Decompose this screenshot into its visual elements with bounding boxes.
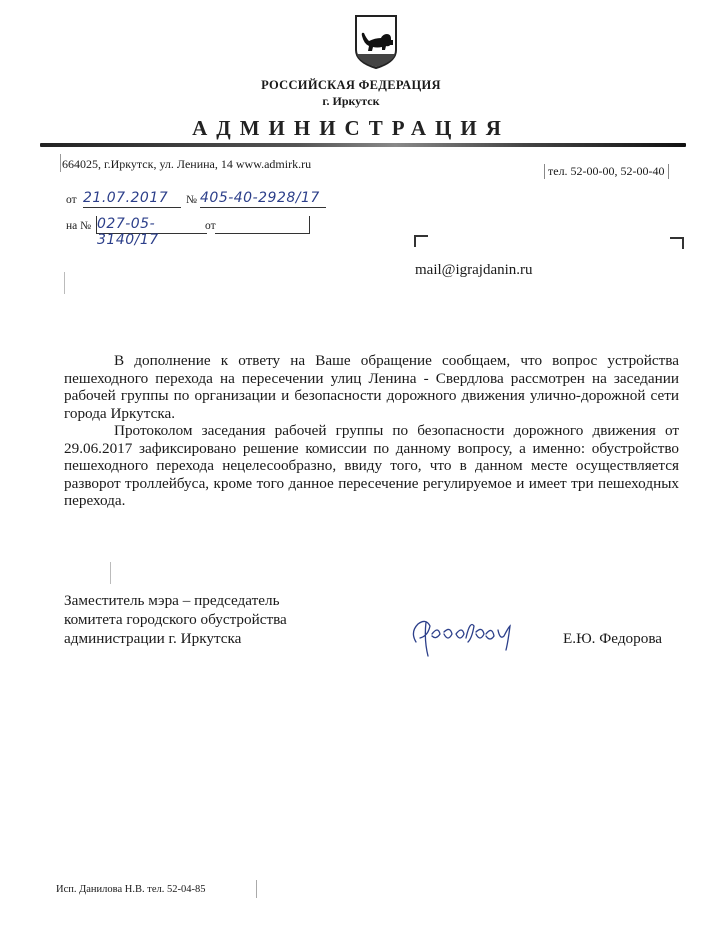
country-name: РОССИЙСКАЯ ФЕДЕРАЦИЯ xyxy=(0,78,702,93)
reply-number-field: 027-05-3140/17 xyxy=(96,216,207,234)
signer-name: Е.Ю. Федорова xyxy=(563,630,662,648)
city-name: г. Иркутск xyxy=(0,94,702,109)
margin-tick xyxy=(256,880,257,898)
organization-phone: тел. 52-00-00, 52-00-40 xyxy=(544,164,669,179)
address-corner-right xyxy=(670,237,684,249)
recipient-email: mail@igrajdanin.ru xyxy=(415,262,533,279)
position-line: администрации г. Иркутска xyxy=(64,629,287,648)
header-divider xyxy=(40,143,686,147)
position-line: комитета городского обустройства xyxy=(64,610,287,629)
margin-tick xyxy=(60,154,61,172)
organization-address: 664025, г.Иркутск, ул. Ленина, 14 www.ad… xyxy=(62,157,311,172)
reply-date-field xyxy=(215,216,310,234)
reply-to-label: на № xyxy=(66,220,91,232)
position-line: Заместитель мэра – председатель xyxy=(64,591,287,610)
body-paragraph: Протоколом заседания рабочей группы по б… xyxy=(64,422,679,510)
body-paragraph: В дополнение к ответу на Ваше обращение … xyxy=(64,352,679,422)
address-corner-left xyxy=(414,235,428,247)
outgoing-date-field: 21.07.2017 xyxy=(83,190,181,208)
margin-tick xyxy=(64,272,65,294)
coat-of-arms-icon xyxy=(353,14,399,70)
margin-tick xyxy=(110,562,111,584)
executor-info: Исп. Данилова Н.В. тел. 52-04-85 xyxy=(56,884,205,895)
handwritten-signature-icon xyxy=(408,612,518,662)
outgoing-number-field: 405-40-2928/17 xyxy=(200,190,326,208)
organization-title: АДМИНИСТРАЦИЯ xyxy=(0,116,702,141)
letter-body: В дополнение к ответу на Ваше обращение … xyxy=(64,352,679,510)
number-label: № xyxy=(186,194,197,206)
signer-position: Заместитель мэра – председатель комитета… xyxy=(64,591,287,648)
date-label: от xyxy=(66,194,77,206)
